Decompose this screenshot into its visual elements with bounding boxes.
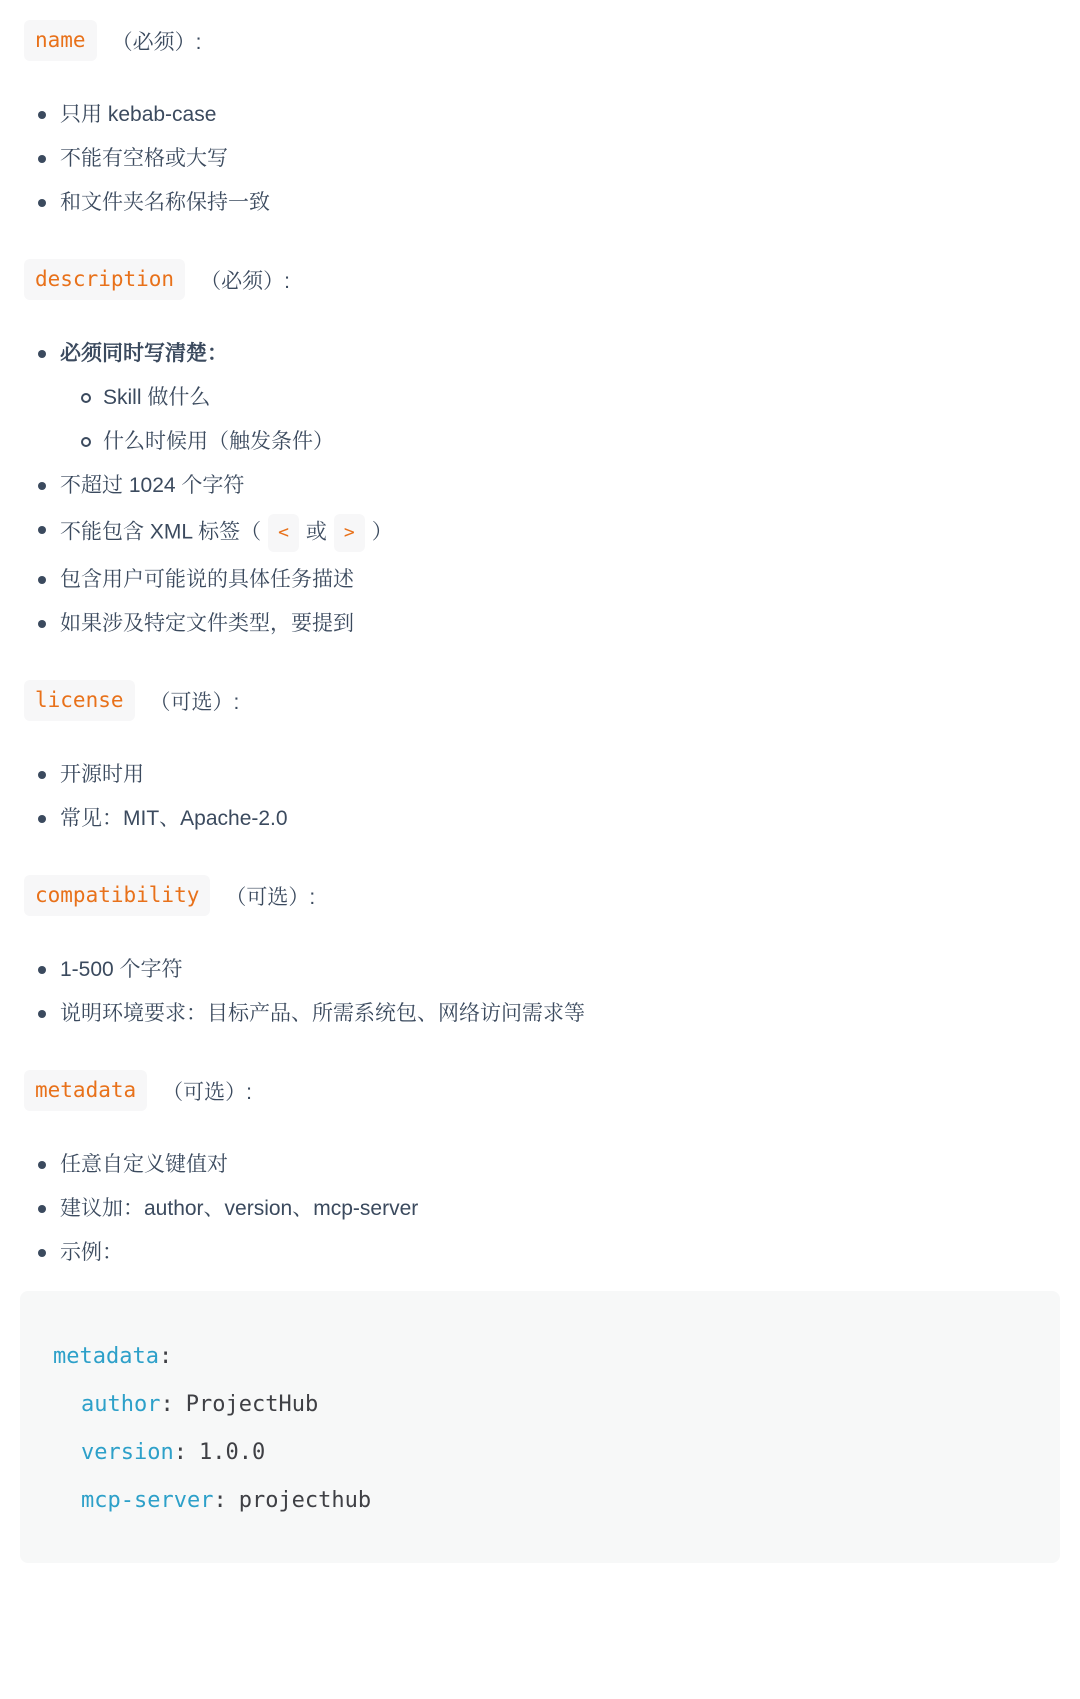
code-line: mcp-server:projecthub [53, 1477, 1027, 1525]
list-item: 如果涉及特定文件类型，要提到 [60, 608, 1056, 640]
list-item: 必须同时写清楚： Skill 做什么 什么时候用（触发条件） [60, 338, 1056, 458]
code-line: version:1.0.0 [53, 1429, 1027, 1477]
bullet-list-description: 必须同时写清楚： Skill 做什么 什么时候用（触发条件） 不超过 1024 … [24, 338, 1056, 640]
requirement-label: （可选）: [162, 1076, 252, 1106]
document: name （必须）: 只用 kebab-case 不能有空格或大写 和文件夹名称… [24, 20, 1056, 1563]
list-item: 说明环境要求：目标产品、所需系统包、网络访问需求等 [60, 998, 1056, 1030]
yaml-key: mcp-server [81, 1488, 213, 1513]
yaml-colon: : [160, 1392, 173, 1417]
list-item-text: 开源时用 [60, 763, 144, 786]
code-line: author:ProjectHub [53, 1381, 1027, 1429]
yaml-colon: : [213, 1488, 226, 1513]
inline-code-license: license [24, 680, 135, 721]
list-item: 示例： [60, 1237, 1056, 1269]
list-item-text-bold: 必须同时写清楚： [60, 342, 228, 365]
list-item: 包含用户可能说的具体任务描述 [60, 564, 1056, 596]
yaml-value: projecthub [227, 1488, 371, 1513]
requirement-label: （可选）: [225, 881, 315, 911]
inline-code-lt: < [268, 514, 299, 552]
yaml-code-block: metadata:author:ProjectHubversion:1.0.0m… [20, 1291, 1060, 1563]
list-item-text: ） [372, 521, 393, 544]
list-item-text: 常见：MIT、Apache-2.0 [60, 807, 288, 830]
list-item-text: 1-500 个字符 [60, 958, 183, 981]
yaml-value: 1.0.0 [187, 1440, 265, 1465]
list-item: 1-500 个字符 [60, 954, 1056, 986]
sub-list-item: 什么时候用（触发条件） [103, 426, 1056, 458]
list-item: 开源时用 [60, 759, 1056, 791]
yaml-colon: : [174, 1440, 187, 1465]
list-item-text: 建议加：author、version、mcp-server [60, 1197, 418, 1220]
list-item-text: Skill 做什么 [103, 386, 210, 409]
list-item: 和文件夹名称保持一致 [60, 187, 1056, 219]
list-item-text: 不能有空格或大写 [60, 147, 228, 170]
inline-code-compatibility: compatibility [24, 875, 210, 916]
requirement-label: （可选）: [150, 686, 240, 716]
list-item: 不超过 1024 个字符 [60, 470, 1056, 502]
bullet-list-metadata: 任意自定义键值对 建议加：author、version、mcp-server 示… [24, 1149, 1056, 1269]
inline-code-description: description [24, 259, 185, 300]
list-item: 建议加：author、version、mcp-server [60, 1193, 1056, 1225]
yaml-value: ProjectHub [174, 1392, 318, 1417]
list-item: 不能包含 XML 标签（<或>） [60, 514, 1056, 552]
section-heading-compatibility: compatibility （可选）: [24, 875, 1056, 916]
sub-bullet-list: Skill 做什么 什么时候用（触发条件） [60, 382, 1056, 458]
list-item-text: 如果涉及特定文件类型，要提到 [60, 612, 354, 635]
list-item-text: 不超过 1024 个字符 [60, 474, 244, 497]
requirement-label: （必须）: [200, 265, 290, 295]
yaml-key: author [81, 1392, 160, 1417]
requirement-label: （必须）: [112, 26, 202, 56]
list-item: 不能有空格或大写 [60, 143, 1056, 175]
section-heading-metadata: metadata （可选）: [24, 1070, 1056, 1111]
inline-code-gt: > [334, 514, 365, 552]
list-item-text: 和文件夹名称保持一致 [60, 191, 270, 214]
list-item: 任意自定义键值对 [60, 1149, 1056, 1181]
bullet-list-license: 开源时用 常见：MIT、Apache-2.0 [24, 759, 1056, 835]
yaml-key: metadata [53, 1344, 159, 1369]
yaml-key: version [81, 1440, 174, 1465]
section-heading-license: license （可选）: [24, 680, 1056, 721]
bullet-list-compatibility: 1-500 个字符 说明环境要求：目标产品、所需系统包、网络访问需求等 [24, 954, 1056, 1030]
list-item-text: 只用 kebab-case [60, 103, 216, 126]
list-item-text: 不能包含 XML 标签（ [60, 521, 261, 544]
list-item-text: 示例： [60, 1241, 123, 1264]
yaml-colon: : [159, 1344, 172, 1369]
list-item: 常见：MIT、Apache-2.0 [60, 803, 1056, 835]
inline-code-name: name [24, 20, 97, 61]
list-item: 只用 kebab-case [60, 99, 1056, 131]
code-line: metadata: [53, 1333, 1027, 1381]
sub-list-item: Skill 做什么 [103, 382, 1056, 414]
list-item-text: 说明环境要求：目标产品、所需系统包、网络访问需求等 [60, 1002, 585, 1025]
section-heading-name: name （必须）: [24, 20, 1056, 61]
section-heading-description: description （必须）: [24, 259, 1056, 300]
list-item-text: 什么时候用（触发条件） [103, 430, 334, 453]
list-item-text: 任意自定义键值对 [60, 1153, 228, 1176]
list-item-text: 或 [306, 521, 327, 544]
inline-code-metadata: metadata [24, 1070, 147, 1111]
list-item-text: 包含用户可能说的具体任务描述 [60, 568, 354, 591]
bullet-list-name: 只用 kebab-case 不能有空格或大写 和文件夹名称保持一致 [24, 99, 1056, 219]
